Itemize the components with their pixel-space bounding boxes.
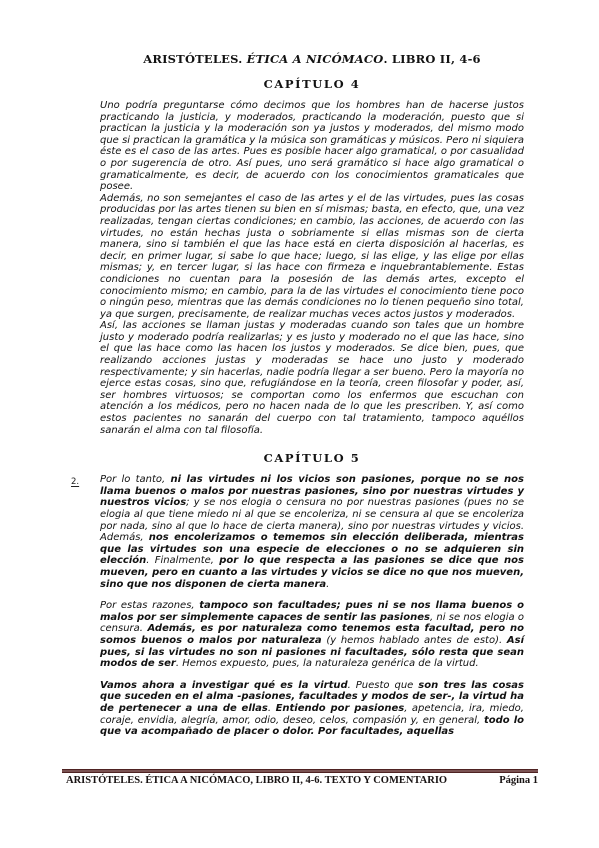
text-run: Así, las acciones se llaman justas y mod… <box>100 320 524 435</box>
chapter-5-body: Por lo tanto, ni las virtudes ni los vic… <box>100 474 524 737</box>
chapter-4-section: CAPÍTULO 4 Uno podría preguntarse cómo d… <box>100 77 524 436</box>
paragraph: Por lo tanto, ni las virtudes ni los vic… <box>100 474 524 590</box>
footer-page-number: Página 1 <box>499 775 538 786</box>
text-run: (y hemos hablado antes de esto). <box>322 635 507 646</box>
text-column: ARISTÓTELES. ÉTICA A NICÓMACO. LIBRO II,… <box>100 52 524 738</box>
text-run: Por lo tanto, <box>100 474 170 485</box>
paragraph: Así, las acciones se llaman justas y mod… <box>100 320 524 436</box>
paragraph: Por estas razones, tampoco son facultade… <box>100 600 524 670</box>
text-run: . <box>268 703 276 714</box>
footer-rule <box>62 769 538 773</box>
text-run: Uno podría preguntarse cómo decimos que … <box>100 100 524 192</box>
emphasized-text-run: Entiendo por pasiones <box>276 703 405 714</box>
text-run: . Finalmente, <box>146 555 219 566</box>
emphasized-text-run: ARISTÓTELES. <box>143 52 246 66</box>
document-page: ARISTÓTELES. ÉTICA A NICÓMACO. LIBRO II,… <box>0 0 599 848</box>
chapter-4-body: Uno podría preguntarse cómo decimos que … <box>100 100 524 436</box>
chapter-4-heading: CAPÍTULO 4 <box>100 77 524 91</box>
footer-running-title: ARISTÓTELES. ÉTICA A NICÓMACO, LIBRO II,… <box>66 775 447 786</box>
chapter-5-heading: CAPÍTULO 5 <box>100 451 524 465</box>
text-run: Por estas razones, <box>100 600 199 611</box>
page-footer: ARISTÓTELES. ÉTICA A NICÓMACO, LIBRO II,… <box>66 775 538 786</box>
margin-section-marker: 2. <box>71 477 79 487</box>
paragraph: Vamos ahora a investigar qué es la virtu… <box>100 680 524 738</box>
text-run: . <box>326 579 329 590</box>
emphasized-text-run: ÉTICA A NICÓMACO <box>247 52 384 66</box>
emphasized-text-run: . LIBRO II, 4-6 <box>383 52 480 66</box>
text-run: Además, no son semejantes el caso de las… <box>100 193 524 320</box>
paragraph: Además, no son semejantes el caso de las… <box>100 193 524 321</box>
paragraph: Uno podría preguntarse cómo decimos que … <box>100 100 524 193</box>
emphasized-text-run: Vamos ahora a investigar qué es la virtu… <box>100 680 348 691</box>
text-run: . Hemos expuesto, pues, la naturaleza ge… <box>176 658 479 669</box>
document-title: ARISTÓTELES. ÉTICA A NICÓMACO. LIBRO II,… <box>100 52 524 66</box>
text-run: . Puesto que <box>348 680 419 691</box>
chapter-5-section: CAPÍTULO 5 Por lo tanto, ni las virtudes… <box>100 451 524 737</box>
